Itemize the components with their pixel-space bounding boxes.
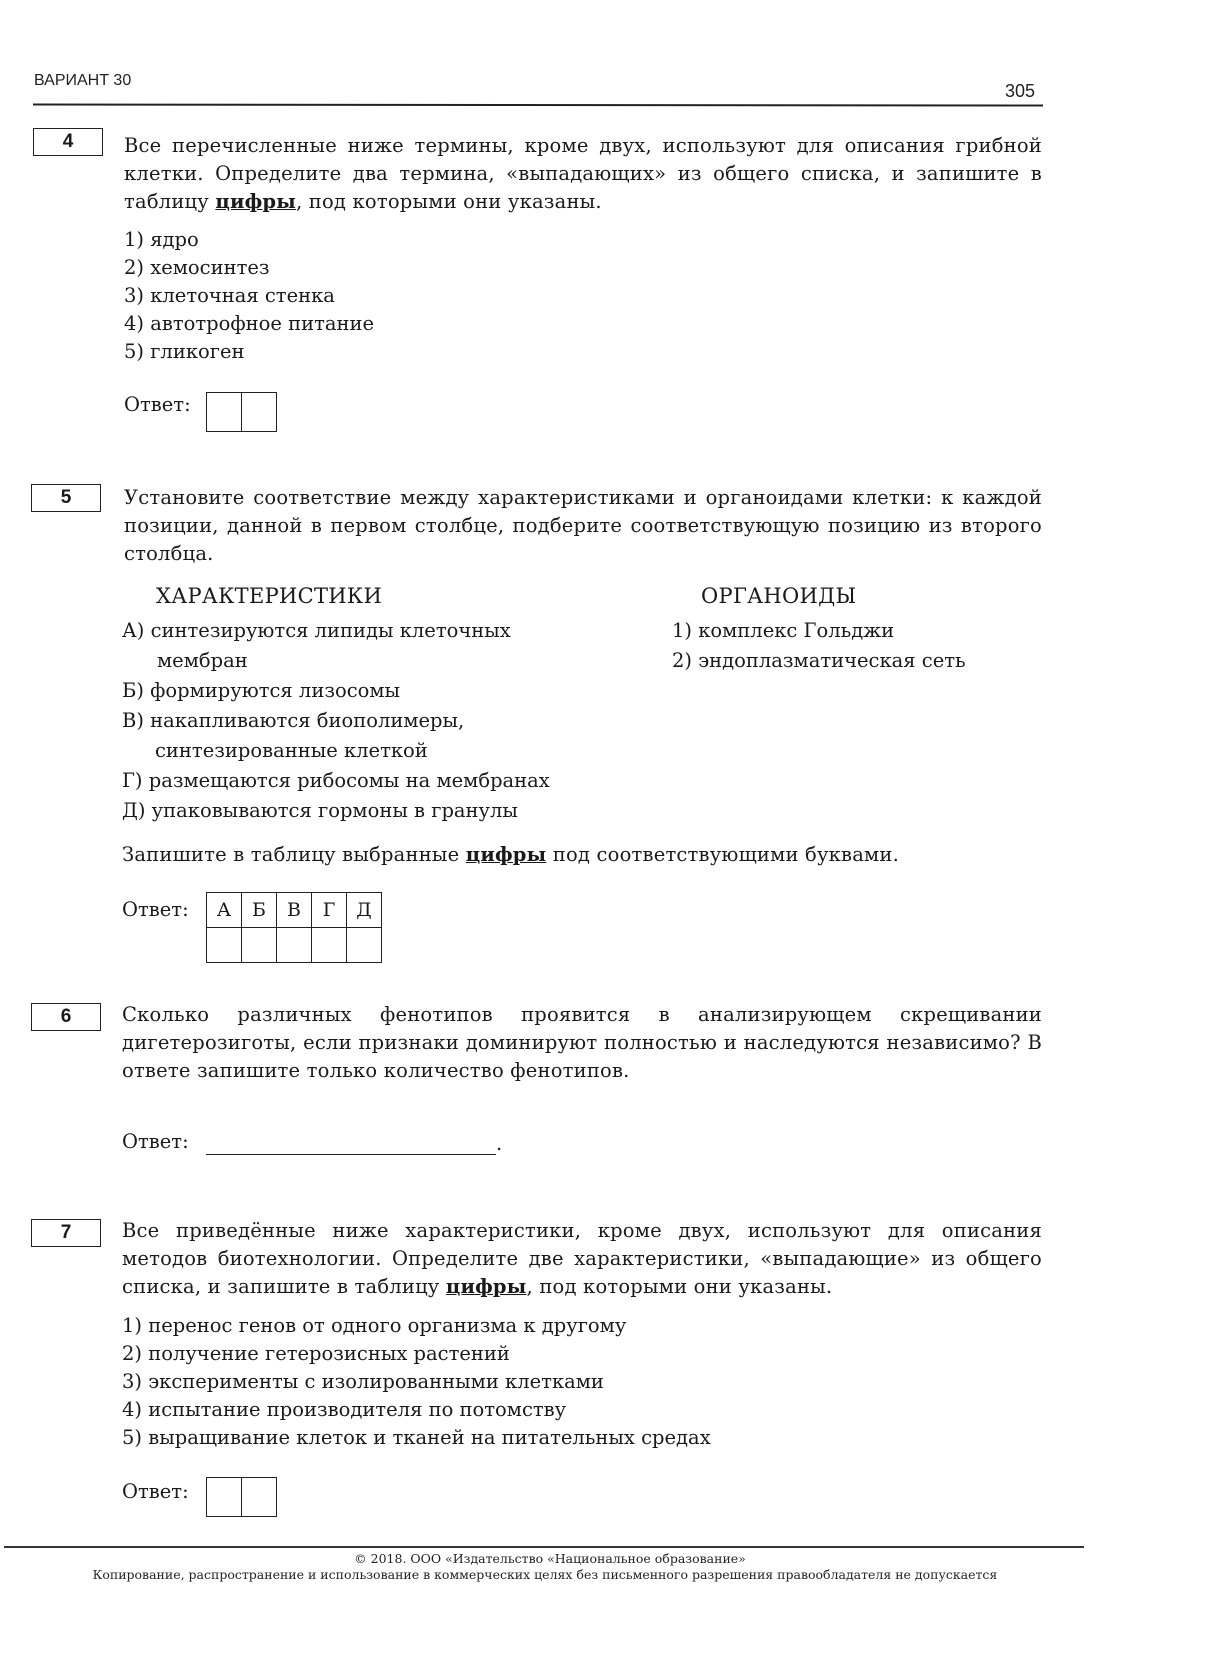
emphasis-digits: цифры: [215, 190, 296, 213]
column-letter: Г: [312, 893, 347, 928]
option-item: 4) автотрофное питание: [124, 310, 374, 338]
answer-cell[interactable]: [347, 928, 382, 963]
question-5-answer-table[interactable]: А Б В Г Д: [206, 892, 382, 963]
column-letter: В: [277, 893, 312, 928]
characteristics-header: ХАРАКТЕРИСТИКИ: [156, 584, 382, 608]
option-item: 2) получение гетерозисных растений: [122, 1340, 711, 1368]
answer-label: Ответ:: [122, 898, 189, 921]
footer-notice: Копирование, распространение и использов…: [0, 1567, 1090, 1582]
footer-divider: [4, 1546, 1084, 1548]
answer-label: Ответ:: [122, 1130, 189, 1153]
characteristic-a: А) синтезируются липиды клеточных: [122, 616, 550, 646]
question-4-text: Все перечисленные ниже термины, кроме дв…: [124, 132, 1042, 216]
question-4-options: 1) ядро 2) хемосинтез 3) клеточная стенк…: [124, 226, 374, 366]
column-letter: А: [207, 893, 242, 928]
organoids-header: ОРГАНОИДЫ: [701, 584, 856, 608]
option-item: 5) гликоген: [124, 338, 374, 366]
option-item: 1) ядро: [124, 226, 374, 254]
organoid-item: 1) комплекс Гольджи: [672, 616, 966, 646]
answer-cell[interactable]: [241, 1478, 276, 1516]
emphasis-digits: цифры: [466, 843, 547, 866]
option-item: 5) выращивание клеток и тканей на питате…: [122, 1424, 711, 1452]
option-item: 3) клеточная стенка: [124, 282, 374, 310]
answer-cell[interactable]: [241, 393, 276, 431]
answer-cell[interactable]: [242, 928, 277, 963]
question-4-number: 4: [33, 128, 103, 156]
characteristic-g: Г) размещаются рибосомы на мембранах: [122, 766, 550, 796]
column-letter: Д: [347, 893, 382, 928]
question-7-text: Все приведённые ниже характеристики, кро…: [122, 1217, 1042, 1301]
answer-cell[interactable]: [312, 928, 347, 963]
characteristic-v-continued: синтезированные клеткой: [122, 736, 550, 766]
organoids-list: 1) комплекс Гольджи 2) эндоплазматическа…: [672, 616, 966, 676]
question-7-number: 7: [31, 1219, 101, 1247]
characteristic-d: Д) упаковываются гормоны в гранулы: [122, 796, 550, 826]
option-item: 4) испытание производителя по потомству: [122, 1396, 711, 1424]
answer-cell[interactable]: [207, 1478, 241, 1516]
question-4-answer-boxes[interactable]: [206, 392, 277, 432]
answer-label: Ответ:: [124, 393, 191, 416]
characteristic-a-continued: мембран: [122, 646, 550, 676]
option-item: 3) эксперименты с изолированными клеткам…: [122, 1368, 711, 1396]
question-5-instruction: Запишите в таблицу выбранные цифры под с…: [122, 841, 1062, 869]
question-6-text: Сколько различных фенотипов проявится в …: [122, 1001, 1042, 1085]
footer-copyright: © 2018. ООО «Издательство «Национальное …: [0, 1551, 1100, 1566]
page-number: 305: [1005, 81, 1035, 102]
characteristic-b: Б) формируются лизосомы: [122, 676, 550, 706]
question-6-number: 6: [31, 1003, 101, 1031]
question-7-answer-boxes[interactable]: [206, 1477, 277, 1517]
option-item: 1) перенос генов от одного организма к д…: [122, 1312, 711, 1340]
variant-title: ВАРИАНТ 30: [34, 72, 131, 90]
header-divider: [33, 103, 1043, 106]
characteristic-v: В) накапливаются биополимеры,: [122, 706, 550, 736]
answer-cell[interactable]: [207, 393, 241, 431]
answer-cell[interactable]: [277, 928, 312, 963]
question-7-options: 1) перенос генов от одного организма к д…: [122, 1312, 711, 1452]
answer-line[interactable]: [206, 1132, 496, 1155]
question-4-text-end: , под которыми они указаны.: [296, 190, 602, 213]
organoid-item: 2) эндоплазматическая сеть: [672, 646, 966, 676]
emphasis-digits: цифры: [446, 1275, 527, 1298]
answer-label: Ответ:: [122, 1480, 189, 1503]
answer-cell[interactable]: [207, 928, 242, 963]
option-item: 2) хемосинтез: [124, 254, 374, 282]
question-5-number: 5: [31, 484, 101, 512]
question-6-answer-field[interactable]: .: [206, 1132, 502, 1155]
characteristics-list: А) синтезируются липиды клеточных мембра…: [122, 616, 550, 826]
column-letter: Б: [242, 893, 277, 928]
question-5-text: Установите соответствие между характерис…: [124, 484, 1042, 568]
